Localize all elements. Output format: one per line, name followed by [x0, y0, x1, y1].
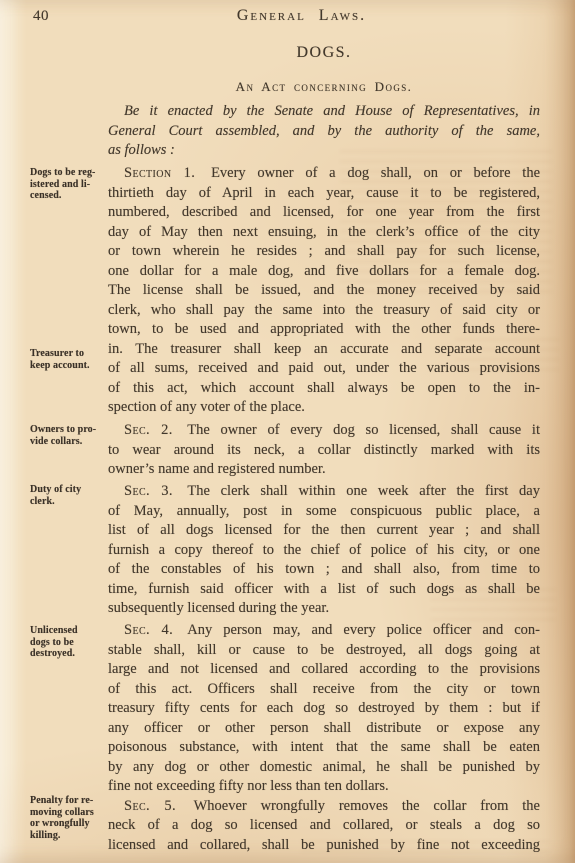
margin-note-line: Duty of city: [30, 484, 106, 496]
text-line: day of May then next ensuing, in the cle…: [108, 223, 540, 243]
margin-note-line: Unlicensed: [30, 625, 106, 637]
text-line: General Court assembled, and by the auth…: [108, 122, 540, 142]
text-line: subsequently licensed during the year.: [108, 599, 540, 619]
text-line: thirtieth day of April in each year, cau…: [108, 184, 540, 204]
text-line: owner’s name and registered number.: [108, 460, 540, 480]
margin-note-line: Penalty for re-: [30, 795, 106, 807]
margin-note: Unlicensed dogs to be destroyed.: [30, 625, 106, 660]
margin-note-line: destroyed.: [30, 648, 106, 660]
text-line: The license shall be issued, and the mon…: [108, 281, 540, 301]
margin-note: Penalty for re- moving collars or wrongf…: [30, 795, 106, 841]
section-2: Sec. 2. The owner of every dog so licens…: [108, 421, 540, 480]
margin-note-line: Owners to pro-: [30, 424, 106, 436]
section-label: Section 1.: [124, 165, 195, 181]
margin-note-line: moving collars: [30, 807, 106, 819]
margin-note-line: Dogs to be reg-: [30, 167, 106, 179]
section-opening-text: Every owner of a dog shall, on or before…: [211, 165, 540, 181]
text-line: time, furnish said officer with a list o…: [108, 580, 540, 600]
text-line: one dollar for a male dog, and five doll…: [108, 262, 540, 282]
section-label: Sec. 3.: [124, 483, 173, 499]
margin-note-line: killing.: [30, 830, 106, 842]
text-column: Be it enacted by the Senate and House of…: [108, 102, 540, 855]
margin-note-line: Treasurer to: [30, 348, 106, 360]
text-line: stable shall, kill or cause to be destro…: [108, 641, 540, 661]
margin-note-line: istered and li-: [30, 179, 106, 191]
text-line: of this act. Officers shall receive from…: [108, 680, 540, 700]
text-line: to wear around its neck, a collar distin…: [108, 441, 540, 461]
text-line: Be it enacted by the Senate and House of…: [108, 102, 540, 122]
text-line: neck of a dog so licensed and collared, …: [108, 816, 540, 836]
text-line: of this act, which account shall always …: [108, 379, 540, 399]
running-head: General Laws.: [14, 7, 575, 25]
text-line: licensed and collared, shall be punished…: [108, 836, 540, 856]
section-label: Sec. 2.: [124, 422, 173, 438]
text-line: of the constables of his town ; and shal…: [108, 560, 540, 580]
text-line: of May, annually, post in some conspicuo…: [108, 502, 540, 522]
section-opening-text: Whoever wrongfully removes the collar fr…: [194, 798, 540, 814]
enacting-clause: Be it enacted by the Senate and House of…: [108, 102, 540, 161]
text-line: numbered, described and licensed, for on…: [108, 203, 540, 223]
book-page: 40 General Laws. DOGS. An Act concerning…: [0, 0, 575, 863]
text-line: in. The treasurer shall keep an accurate…: [108, 340, 540, 360]
text-line: as follows :: [108, 141, 540, 161]
margin-note-line: dogs to be: [30, 637, 106, 649]
section-opening-line: Sec. 4. Any person may, and every police…: [108, 621, 540, 641]
chapter-title: DOGS.: [108, 44, 540, 62]
section-opening-text: Any person may, and every police officer…: [187, 622, 540, 638]
text-line: by any dog or other domestic animal, he …: [108, 758, 540, 778]
margin-note-line: keep account.: [30, 360, 106, 372]
text-line: spection of any voter of the place.: [108, 398, 540, 418]
section-label: Sec. 5.: [124, 798, 176, 814]
margin-note: Treasurer to keep account.: [30, 348, 106, 371]
section-4: Sec. 4. Any person may, and every police…: [108, 621, 540, 797]
margin-note-line: or wrongfully: [30, 818, 106, 830]
text-line: town, to be used and appropriated with t…: [108, 320, 540, 340]
act-heading: An Act concerning Dogs.: [108, 79, 540, 95]
margin-note-line: censed.: [30, 190, 106, 202]
section-opening-text: The owner of every dog so licensed, shal…: [187, 422, 540, 438]
section-label: Sec. 4.: [124, 622, 173, 638]
text-line: large and not licensed and collared acco…: [108, 660, 540, 680]
section-opening-line: Sec. 3. The clerk shall within one week …: [108, 482, 540, 502]
text-line: of all sums, received and paid out, unde…: [108, 359, 540, 379]
margin-note-line: clerk.: [30, 496, 106, 508]
section-3: Sec. 3. The clerk shall within one week …: [108, 482, 540, 619]
text-line: list of all dogs licensed for the then c…: [108, 521, 540, 541]
text-line: any officer or other person shall distri…: [108, 719, 540, 739]
text-line: treasury fifty cents for each dog so des…: [108, 699, 540, 719]
margin-note: Duty of city clerk.: [30, 484, 106, 507]
margin-note: Dogs to be reg- istered and li- censed.: [30, 167, 106, 202]
section-opening-text: The clerk shall within one week after th…: [187, 483, 540, 499]
margin-note-line: vide collars.: [30, 436, 106, 448]
text-line: clerk, who shall pay the same into the t…: [108, 301, 540, 321]
section-5: Sec. 5. Whoever wrongfully removes the c…: [108, 797, 540, 856]
section-opening-line: Sec. 2. The owner of every dog so licens…: [108, 421, 540, 441]
text-line: or town wherein he resides ; and shall p…: [108, 242, 540, 262]
text-line: poisonous substance, with intent that th…: [108, 738, 540, 758]
section-opening-line: Section 1. Every owner of a dog shall, o…: [108, 164, 540, 184]
margin-note: Owners to pro- vide collars.: [30, 424, 106, 447]
section-opening-line: Sec. 5. Whoever wrongfully removes the c…: [108, 797, 540, 817]
section-1: Section 1. Every owner of a dog shall, o…: [108, 164, 540, 418]
text-line: fine not exceeding fifty nor less than t…: [108, 777, 540, 797]
text-line: furnish a copy thereof to the chief of p…: [108, 541, 540, 561]
